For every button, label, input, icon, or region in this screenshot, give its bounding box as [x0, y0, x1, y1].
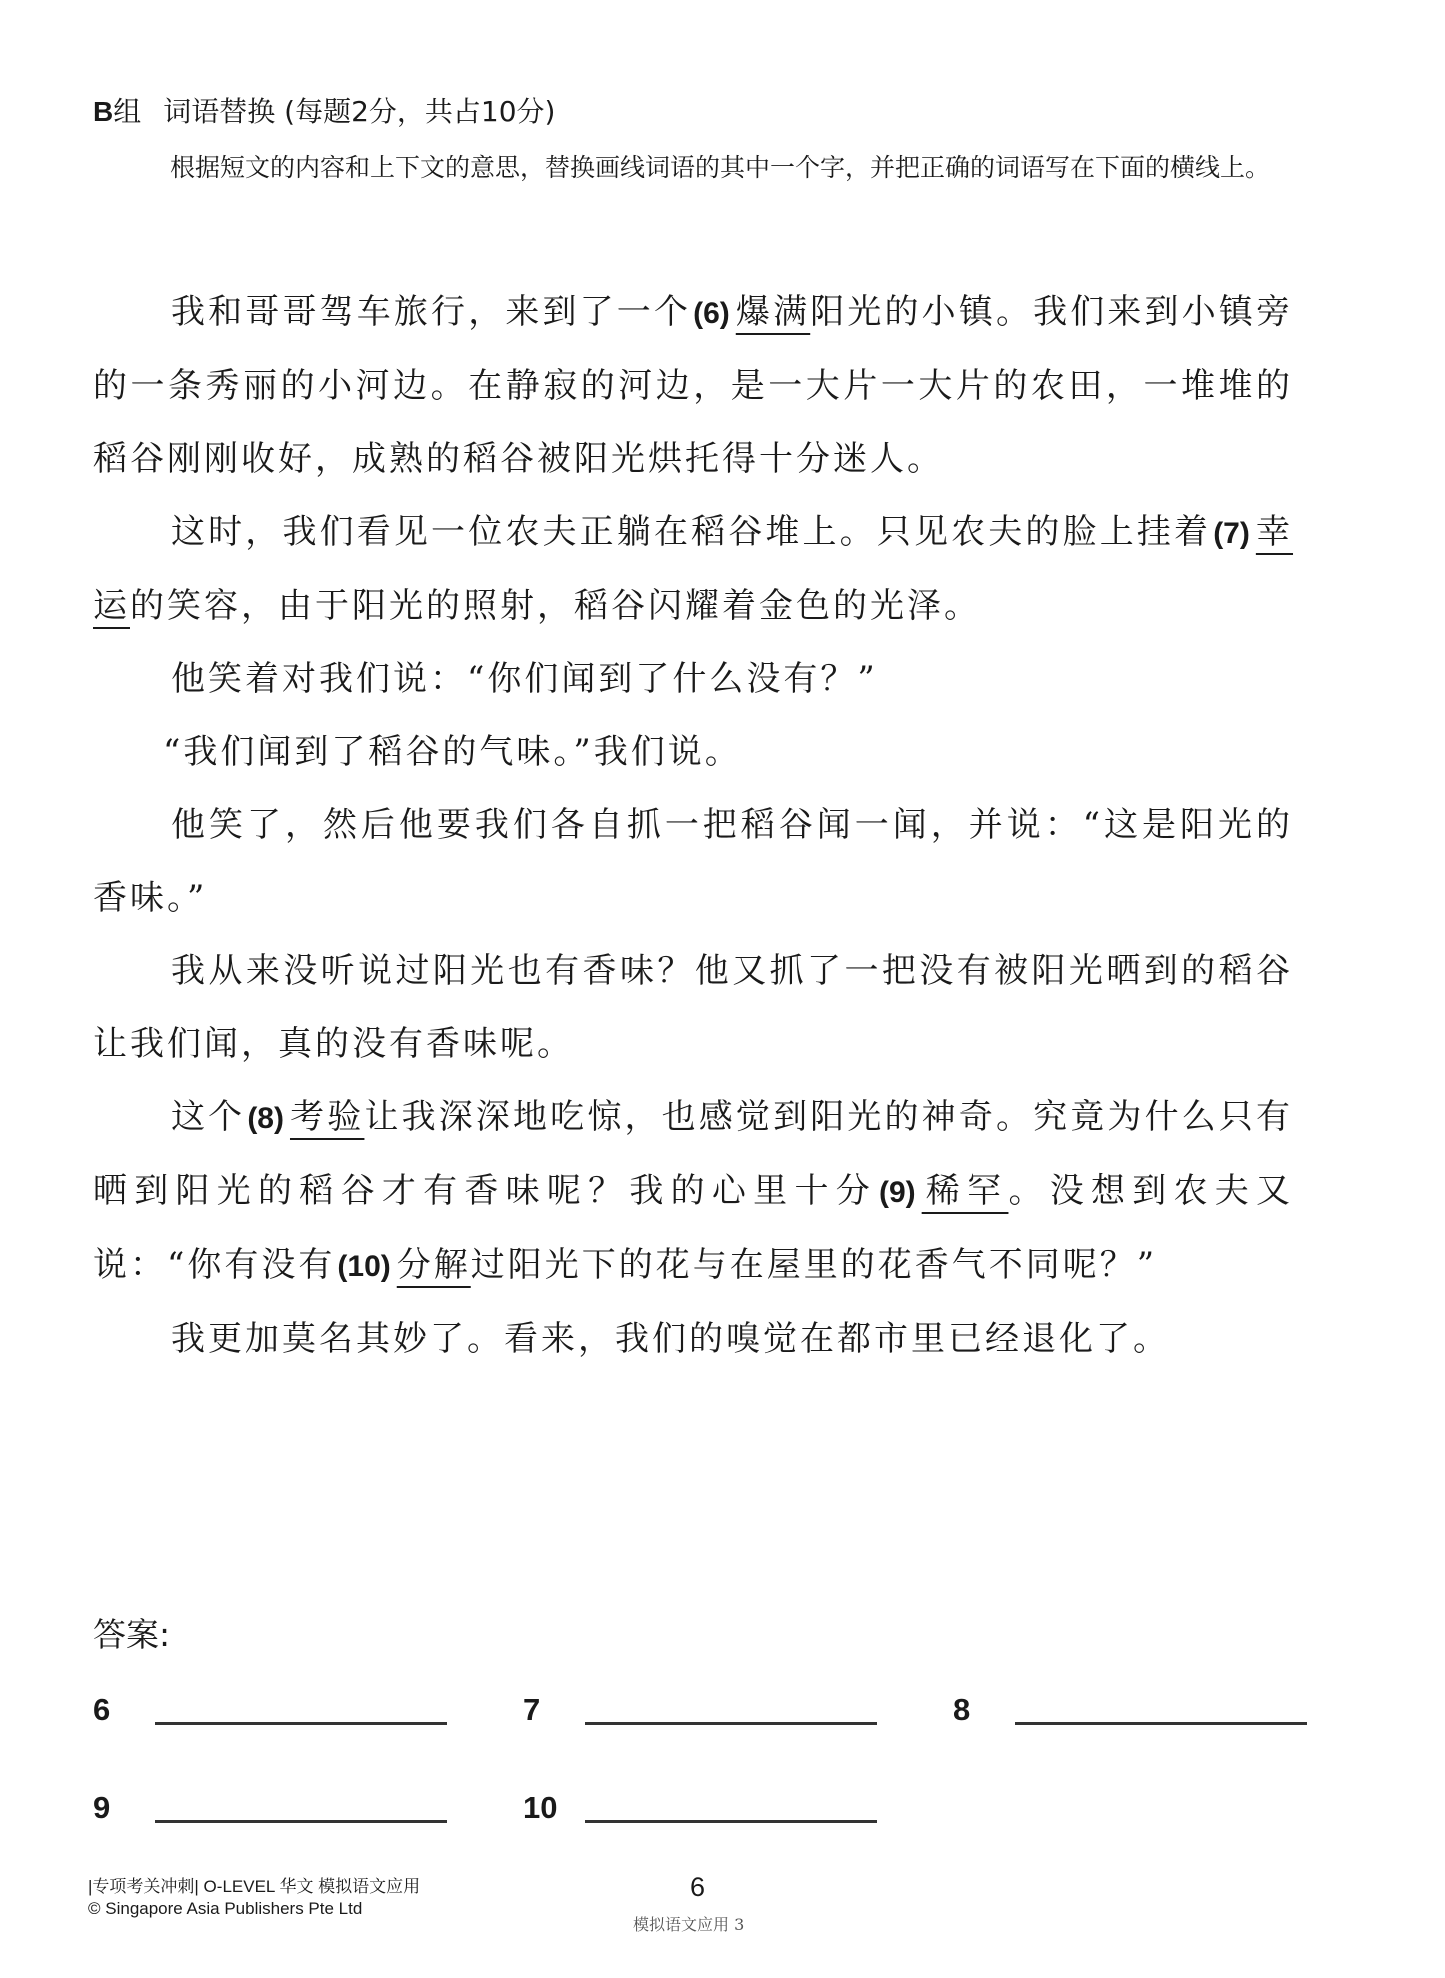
text: 过阳光下的花与在屋里的花香气不同呢？”: [471, 1245, 1157, 1285]
underlined-word-10: 分解: [397, 1245, 471, 1285]
text: 这个: [171, 1097, 245, 1137]
answer-10: 10: [523, 1791, 877, 1825]
instructions: 根据短文的内容和上下文的意思，替换画线词语的其中一个字，并把正确的词语写在下面的…: [170, 147, 1310, 189]
answer-number: 9: [93, 1791, 155, 1825]
answer-label: 答案:: [93, 1615, 170, 1655]
group-letter: B: [93, 96, 113, 127]
answer-blank-6[interactable]: [155, 1722, 447, 1725]
answer-blank-9[interactable]: [155, 1820, 447, 1823]
question-number-8: (8): [247, 1102, 284, 1135]
question-number-6: (6): [693, 297, 730, 330]
text: 这时，我们看见一位农夫正躺在稻谷堆上。只见农夫的脸上挂着: [171, 512, 1211, 552]
page-subtitle: 模拟语文应用 3: [633, 1912, 744, 1935]
underlined-word-6: 爆满: [736, 292, 810, 332]
passage: 我和哥哥驾车旅行，来到了一个(6)爆满阳光的小镇。我们来到小镇旁的一条秀丽的小河…: [93, 276, 1293, 1376]
answer-number: 7: [523, 1693, 585, 1727]
answer-blank-7[interactable]: [585, 1722, 877, 1725]
footer-publisher: |专项考关冲刺| O-LEVEL 华文 模拟语文应用 © Singapore A…: [88, 1876, 420, 1920]
text: 的笑容，由于阳光的照射，稻谷闪耀着金色的光泽。: [130, 586, 981, 626]
answer-blank-8[interactable]: [1015, 1722, 1307, 1725]
answer-7: 7: [523, 1693, 877, 1727]
answer-8: 8: [953, 1693, 1307, 1727]
paragraph-5: 他笑了，然后他要我们各自抓一把稻谷闻一闻，并说：“这是阳光的香味。”: [93, 789, 1293, 935]
group-suffix: 组: [113, 95, 141, 128]
paragraph-3: 他笑着对我们说：“你们闻到了什么没有？”: [93, 643, 1293, 716]
answer-6: 6: [93, 1693, 447, 1727]
underlined-word-9: 稀罕: [922, 1171, 1009, 1211]
question-number-7: (7): [1213, 517, 1250, 550]
page-number: 6: [690, 1872, 705, 1903]
paragraph-7: 这个(8)考验让我深深地吃惊，也感觉到阳光的神奇。究竟为什么只有晒到阳光的稻谷才…: [93, 1081, 1293, 1303]
section-heading: B组词语替换 (每题2分，共占10分): [93, 94, 555, 130]
text: 我和哥哥驾车旅行，来到了一个: [171, 292, 691, 332]
paragraph-8: 我更加莫名其妙了。看来，我们的嗅觉在都市里已经退化了。: [93, 1303, 1293, 1376]
answer-number: 8: [953, 1693, 1015, 1727]
paragraph-2: 这时，我们看见一位农夫正躺在稻谷堆上。只见农夫的脸上挂着(7)幸运的笑容，由于阳…: [93, 496, 1293, 643]
footer-series: |专项考关冲刺| O-LEVEL 华文 模拟语文应用: [88, 1876, 420, 1898]
paragraph-4: “我们闻到了稻谷的气味。”我们说。: [93, 716, 1293, 789]
paragraph-1: 我和哥哥驾车旅行，来到了一个(6)爆满阳光的小镇。我们来到小镇旁的一条秀丽的小河…: [93, 276, 1293, 496]
footer-copyright: © Singapore Asia Publishers Pte Ltd: [88, 1898, 420, 1920]
question-number-10: (10): [337, 1250, 390, 1283]
underlined-word-8: 考验: [290, 1097, 364, 1137]
paragraph-6: 我从来没听说过阳光也有香味？他又抓了一把没有被阳光晒到的稻谷让我们闻，真的没有香…: [93, 935, 1293, 1081]
question-number-9: (9): [879, 1176, 916, 1209]
answer-number: 6: [93, 1693, 155, 1727]
answer-9: 9: [93, 1791, 447, 1825]
section-title: 词语替换 (每题2分，共占10分): [163, 95, 555, 128]
answer-blank-10[interactable]: [585, 1820, 877, 1823]
answer-number: 10: [523, 1791, 585, 1825]
